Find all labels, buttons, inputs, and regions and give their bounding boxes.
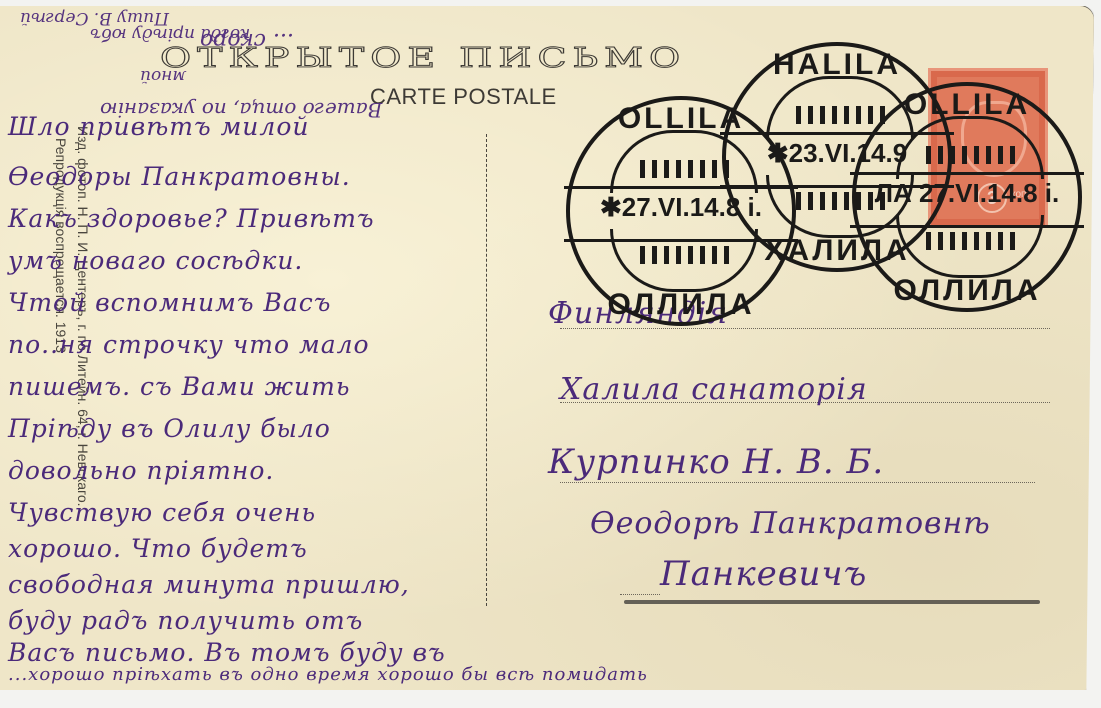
message-line: умъ новаго сосѣдки.: [8, 246, 303, 275]
message-line: Шло привѣтъ милой: [8, 112, 309, 141]
upside-note-line: ... скоро: [200, 28, 294, 53]
message-line: по..ня строчку что мало: [8, 330, 370, 359]
recipient-surname: Панкевичъ: [660, 554, 867, 594]
upside-note-line: мной: [140, 66, 186, 86]
message-line: Какъ здоровье? Привѣтъ: [8, 204, 375, 233]
message-line: хорошо. Что будетъ: [8, 534, 308, 563]
postcard-back: ОТКРЫТОЕ ПИСЬМО CARTE POSTALE Изд. фотоп…: [0, 6, 1094, 690]
recipient-name: Ѳеодорѣ Панкратовнѣ: [590, 506, 991, 541]
address-line: Курпинко Н. В. Б.: [548, 442, 884, 482]
postcard-header-french: CARTE POSTALE: [370, 84, 557, 110]
message-line: пишемъ. съ Вами жить: [8, 372, 350, 401]
message-line: Чувствую себя очень: [8, 498, 316, 527]
message-line: буду радъ получить отъ: [8, 606, 363, 635]
message-line: Ѳеодоры Панкратовны.: [8, 162, 351, 191]
message-line: Чтой вспомнимъ Васъ: [8, 288, 331, 317]
message-line: свободная минута пришлю,: [8, 570, 410, 599]
message-line: ...хорошо пріѣхать въ одно время хорошо …: [8, 664, 648, 685]
message-line: довольно пріятно.: [8, 456, 274, 485]
address-underline: [624, 600, 1040, 604]
postmark-date: ЛА 27.VI.14.8 i.: [856, 178, 1078, 209]
postmark-ollila-stamp-cancel: OLLILA ЛА 27.VI.14.8 i. ОЛЛИЛА: [852, 82, 1082, 312]
vertical-divider: [486, 134, 487, 606]
message-line: Васъ письмо. Въ томъ буду въ: [8, 638, 446, 667]
address-rule: [560, 482, 1035, 483]
address-place: Халила санаторія: [560, 372, 868, 407]
message-line: Пріѣду въ Олилу было: [8, 414, 331, 443]
address-rule: [620, 594, 660, 595]
